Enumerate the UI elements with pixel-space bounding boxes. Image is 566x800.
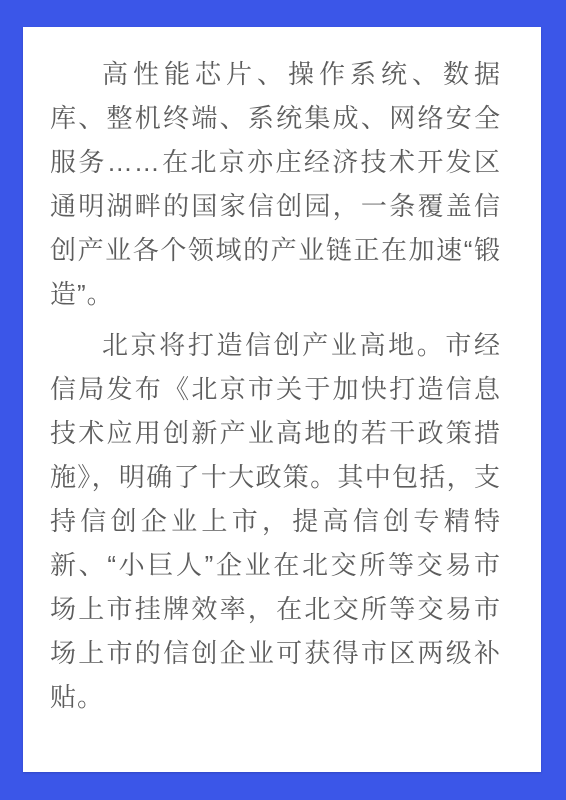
- paragraph: 北京将打造信创产业高地。市经信局发布《北京市关于加快打造信息技术应用创新产业高地…: [50, 323, 501, 719]
- article-card: 高性能芯片、操作系统、数据库、整机终端、系统集成、网络安全服务……在北京亦庄经济…: [23, 27, 541, 772]
- article-body: 高性能芯片、操作系统、数据库、整机终端、系统集成、网络安全服务……在北京亦庄经济…: [23, 27, 541, 719]
- paragraph: 高性能芯片、操作系统、数据库、整机终端、系统集成、网络安全服务……在北京亦庄经济…: [50, 52, 501, 316]
